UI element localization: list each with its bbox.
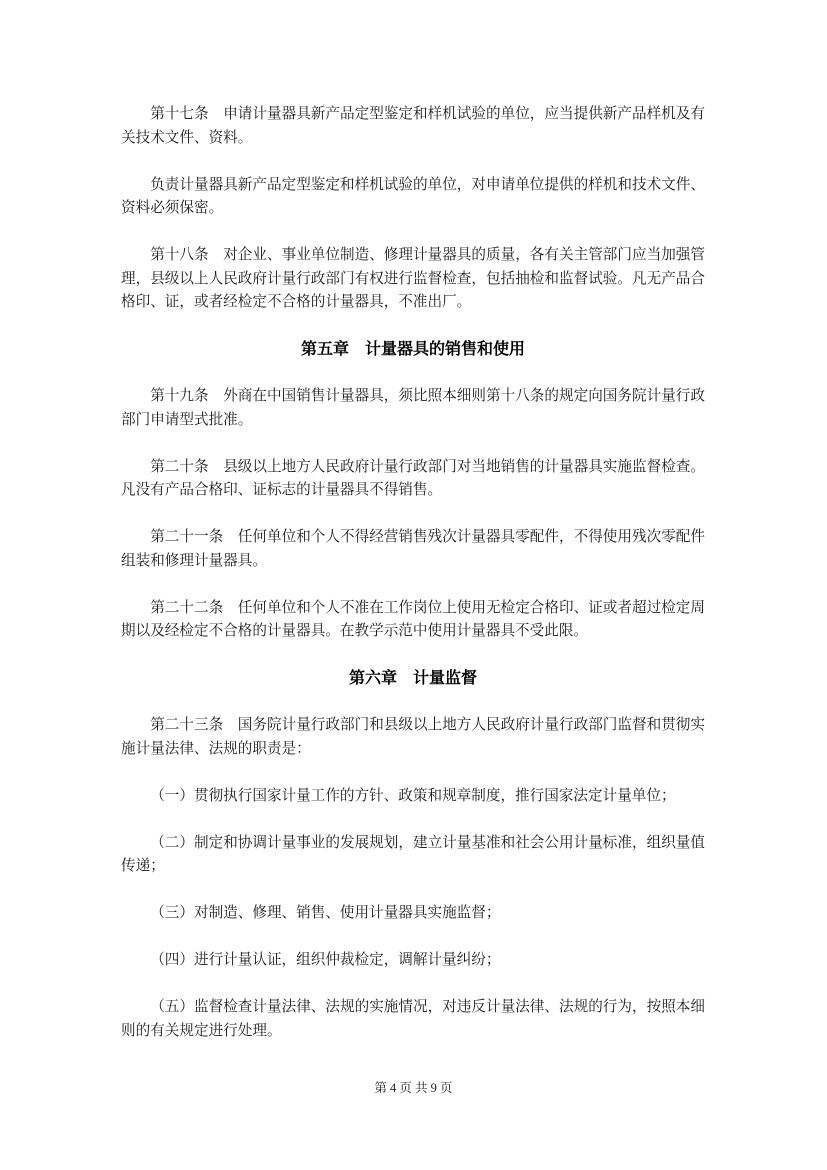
article-23-item-2: （二）制定和协调计量事业的发展规划，建立计量基准和社会公用计量标准，组织量值传递… [121, 832, 705, 879]
article-17-paragraph-2: 负责计量器具新产品定型鉴定和样机试验的单位，对申请单位提供的样机和技术文件、资料… [121, 174, 705, 221]
article-18-paragraph: 第十八条 对企业、事业单位制造、修理计量器具的质量，各有关主管部门应当加强管理，… [121, 244, 705, 315]
article-23-item-3: （三）对制造、修理、销售、使用计量器具实施监督； [121, 902, 705, 926]
article-23-item-4: （四）进行计量认证，组织仲裁检定，调解计量纠纷； [121, 949, 705, 973]
article-21-paragraph: 第二十一条 任何单位和个人不得经营销售残次计量器具零配件，不得使用残次零配件组装… [121, 526, 705, 573]
page-number-footer: 第 4 页 共 9 页 [0, 1080, 827, 1096]
document-body: 第十七条 申请计量器具新产品定型鉴定和样机试验的单位，应当提供新产品样机及有关技… [121, 103, 705, 1067]
article-23-item-1: （一）贯彻执行国家计量工作的方针、政策和规章制度，推行国家法定计量单位； [121, 785, 705, 809]
article-23-item-5: （五）监督检查计量法律、法规的实施情况，对违反计量法律、法规的行为，按照本细则的… [121, 996, 705, 1043]
article-22-paragraph: 第二十二条 任何单位和个人不准在工作岗位上使用无检定合格印、证或者超过检定周期以… [121, 597, 705, 644]
chapter-5-heading: 第五章 计量器具的销售和使用 [121, 338, 705, 362]
article-23-paragraph: 第二十三条 国务院计量行政部门和县级以上地方人民政府计量行政部门监督和贯彻实施计… [121, 714, 705, 761]
document-page: 第十七条 申请计量器具新产品定型鉴定和样机试验的单位，应当提供新产品样机及有关技… [0, 0, 827, 1170]
article-19-paragraph: 第十九条 外商在中国销售计量器具，须比照本细则第十八条的规定向国务院计量行政部门… [121, 385, 705, 432]
article-20-paragraph: 第二十条 县级以上地方人民政府计量行政部门对当地销售的计量器具实施监督检查。凡没… [121, 456, 705, 503]
chapter-6-heading: 第六章 计量监督 [121, 667, 705, 691]
article-17-paragraph-1: 第十七条 申请计量器具新产品定型鉴定和样机试验的单位，应当提供新产品样机及有关技… [121, 103, 705, 150]
